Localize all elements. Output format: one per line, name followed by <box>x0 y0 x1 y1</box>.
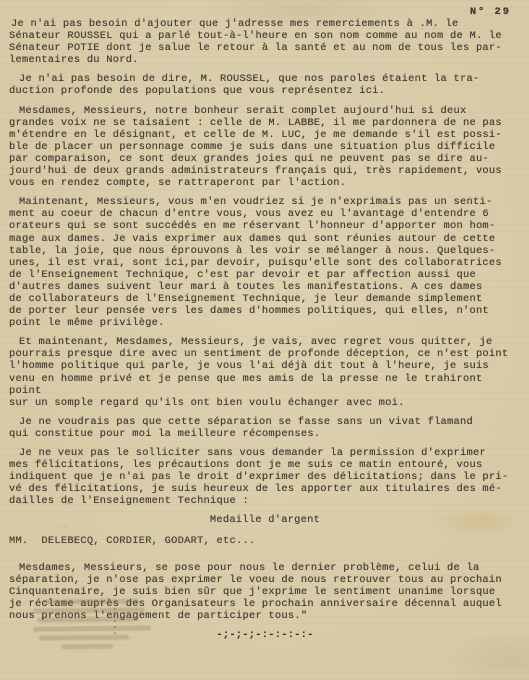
paragraph-hommage-dames: Maintenant, Messieurs, vous m'en voudrie… <box>9 196 521 329</box>
document-page: N° 29 Je n'ai pas besoin d'ajouter que j… <box>0 0 529 680</box>
paragraph-vivat-flamand: Je ne voudrais pas que cette séparation … <box>9 416 521 440</box>
paragraph-labbe-luc: Mesdames, Messieurs, notre bonheur serai… <box>9 105 521 190</box>
page-number: N° 29 <box>470 6 511 18</box>
typed-text-content: Je n'ai pas besoin d'ajouter que j'adres… <box>0 0 529 641</box>
paragraph-populations: Je n'ai pas besoin de dire, M. ROUSSEL, … <box>9 73 521 97</box>
pencil-mark: ≈ <box>66 498 72 510</box>
paragraph-thanks-roussel: Je n'ai pas besoin d'ajouter que j'adres… <box>9 18 521 66</box>
bleed-through-marks <box>33 598 164 653</box>
bleed-through-dotted-mark <box>114 600 116 634</box>
pencil-mark: = <box>182 600 188 612</box>
paragraph-depart-regret: Et maintenant, Mesdames, Messieurs, je v… <box>9 336 521 409</box>
medal-recipients-line: MM. DELEBECQ, CORDIER, GODART, etc... <box>9 535 521 547</box>
medal-heading: Medaille d'argent <box>9 514 521 526</box>
pencil-mark: – <box>62 521 68 533</box>
paragraph-felicitations: Je ne veux pas le solliciter sans vous d… <box>9 447 521 507</box>
